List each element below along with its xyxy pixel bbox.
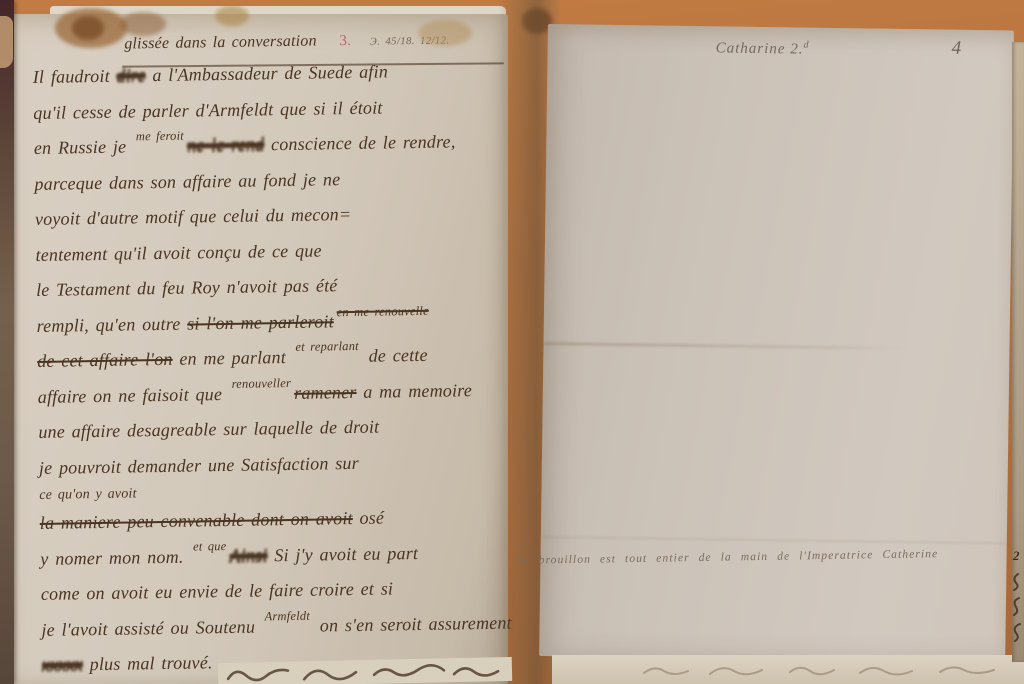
manuscript-text: a l'Ambassadeur de Suede afin bbox=[145, 61, 388, 85]
manuscript-text: le Testament du feu Roy n'avoit pas été bbox=[36, 275, 338, 300]
manuscript-text: Il faudroit bbox=[33, 66, 117, 87]
manuscript-line: je l'avoit assisté ou Soutenu Armfeldt o… bbox=[41, 605, 511, 648]
page-block-edge bbox=[1012, 42, 1024, 662]
folio-number: 4 bbox=[952, 38, 962, 60]
manuscript-text: qu'il cesse de parler d'Armfeldt que si … bbox=[33, 97, 383, 122]
fold-crease bbox=[544, 342, 907, 350]
struck-text: de cet affaire l'on bbox=[37, 349, 173, 371]
manuscript-text: y nomer mon nom. bbox=[40, 546, 190, 568]
stain bbox=[120, 12, 166, 36]
header-insertion: glissée dans la conversation bbox=[124, 33, 317, 53]
manuscript-text: osé bbox=[353, 508, 385, 528]
manuscript-text: voyoit d'autre motif que celui du mecon= bbox=[35, 204, 352, 229]
manuscript-text: parceque dans son affaire au fond je ne bbox=[34, 169, 340, 194]
manuscript-text: on s'en seroit assurement bbox=[313, 612, 512, 635]
manuscript-text: je pouvroit demander une Satisfaction su… bbox=[39, 452, 359, 477]
manuscript-photo: glissée dans la conversation 3. Э. 45/18… bbox=[0, 0, 1024, 684]
left-page-lines: Il faudroit dire a l'Ambassadeur de Sued… bbox=[33, 53, 513, 684]
manuscript-text: je l'avoit assisté ou Soutenu bbox=[41, 616, 262, 639]
manuscript-text: ce qu'on y avoit bbox=[39, 486, 137, 503]
struck-text: si l'on me parleroit bbox=[187, 311, 334, 333]
scribbled-out-text: xxxxx bbox=[42, 654, 83, 675]
edge-handwriting-fragment: 2 bbox=[1013, 548, 1020, 564]
manuscript-text: tentement qu'il avoit conçu de ce que bbox=[35, 240, 321, 264]
underlying-page-sliver bbox=[552, 655, 1024, 684]
manuscript-text: de cette bbox=[362, 345, 428, 366]
interlinear-insertion: et reparlant bbox=[295, 339, 359, 354]
handwriting-fragment bbox=[640, 661, 1020, 681]
manuscript-text: a ma memoire bbox=[356, 380, 472, 402]
interlinear-insertion: me feroit bbox=[136, 129, 184, 144]
struck-text: ramener bbox=[294, 381, 357, 402]
manuscript-text: en me parlant bbox=[173, 347, 293, 369]
interlinear-insertion: renouveller bbox=[232, 375, 292, 390]
manuscript-text: une affaire desagreable sur laquelle de … bbox=[38, 417, 379, 442]
manuscript-text: Si j'y avoit eu part bbox=[267, 543, 418, 565]
manuscript-line: en Russie je me feroitne le rend conscie… bbox=[34, 124, 504, 167]
manuscript-text: rempli, qu'en outre bbox=[37, 313, 188, 335]
fold-crease bbox=[541, 536, 1007, 545]
manuscript-text: en Russie je bbox=[34, 136, 133, 158]
stain bbox=[72, 16, 104, 40]
manuscript-text: affaire on ne faisoit que bbox=[38, 383, 229, 406]
handwriting-fragment bbox=[222, 659, 508, 684]
manuscript-text: come on avoit eu envie de le faire croir… bbox=[41, 578, 394, 604]
struck-text: la maniere peu convenable dont on avoit bbox=[40, 508, 353, 533]
edge-handwriting-marks bbox=[1010, 570, 1024, 650]
right-page-header: Catharine 2.d bbox=[716, 40, 810, 58]
stain bbox=[418, 20, 472, 46]
scribbled-out-text: ne le rend bbox=[187, 134, 265, 155]
left-page: glissée dans la conversation 3. Э. 45/18… bbox=[10, 14, 508, 684]
manuscript-text: plus mal trouvé. bbox=[83, 652, 213, 674]
struck-text: en me renouvelle bbox=[337, 303, 429, 318]
right-page: Catharine 2.d 4 bbox=[539, 24, 1014, 662]
binding-edge bbox=[0, 0, 14, 684]
scribbled-out-text: dire bbox=[116, 65, 145, 85]
folio-number-red: 3. bbox=[339, 33, 351, 49]
stain bbox=[215, 6, 249, 26]
interlinear-insertion: et que bbox=[193, 539, 227, 554]
right-page-header-superscript: d bbox=[803, 40, 809, 51]
manuscript-text: conscience de le rendre, bbox=[264, 131, 455, 154]
interlinear-insertion: Armfeldt bbox=[264, 608, 310, 623]
left-page-text: glissée dans la conversation 3. Э. 45/18… bbox=[32, 21, 512, 684]
manuscript-line: affaire on ne faisoit que renouvellerram… bbox=[38, 372, 508, 415]
page-curl bbox=[0, 16, 13, 68]
scribbled-out-text: Ainsi bbox=[229, 545, 267, 566]
right-page-header-text: Catharine 2. bbox=[716, 40, 804, 57]
